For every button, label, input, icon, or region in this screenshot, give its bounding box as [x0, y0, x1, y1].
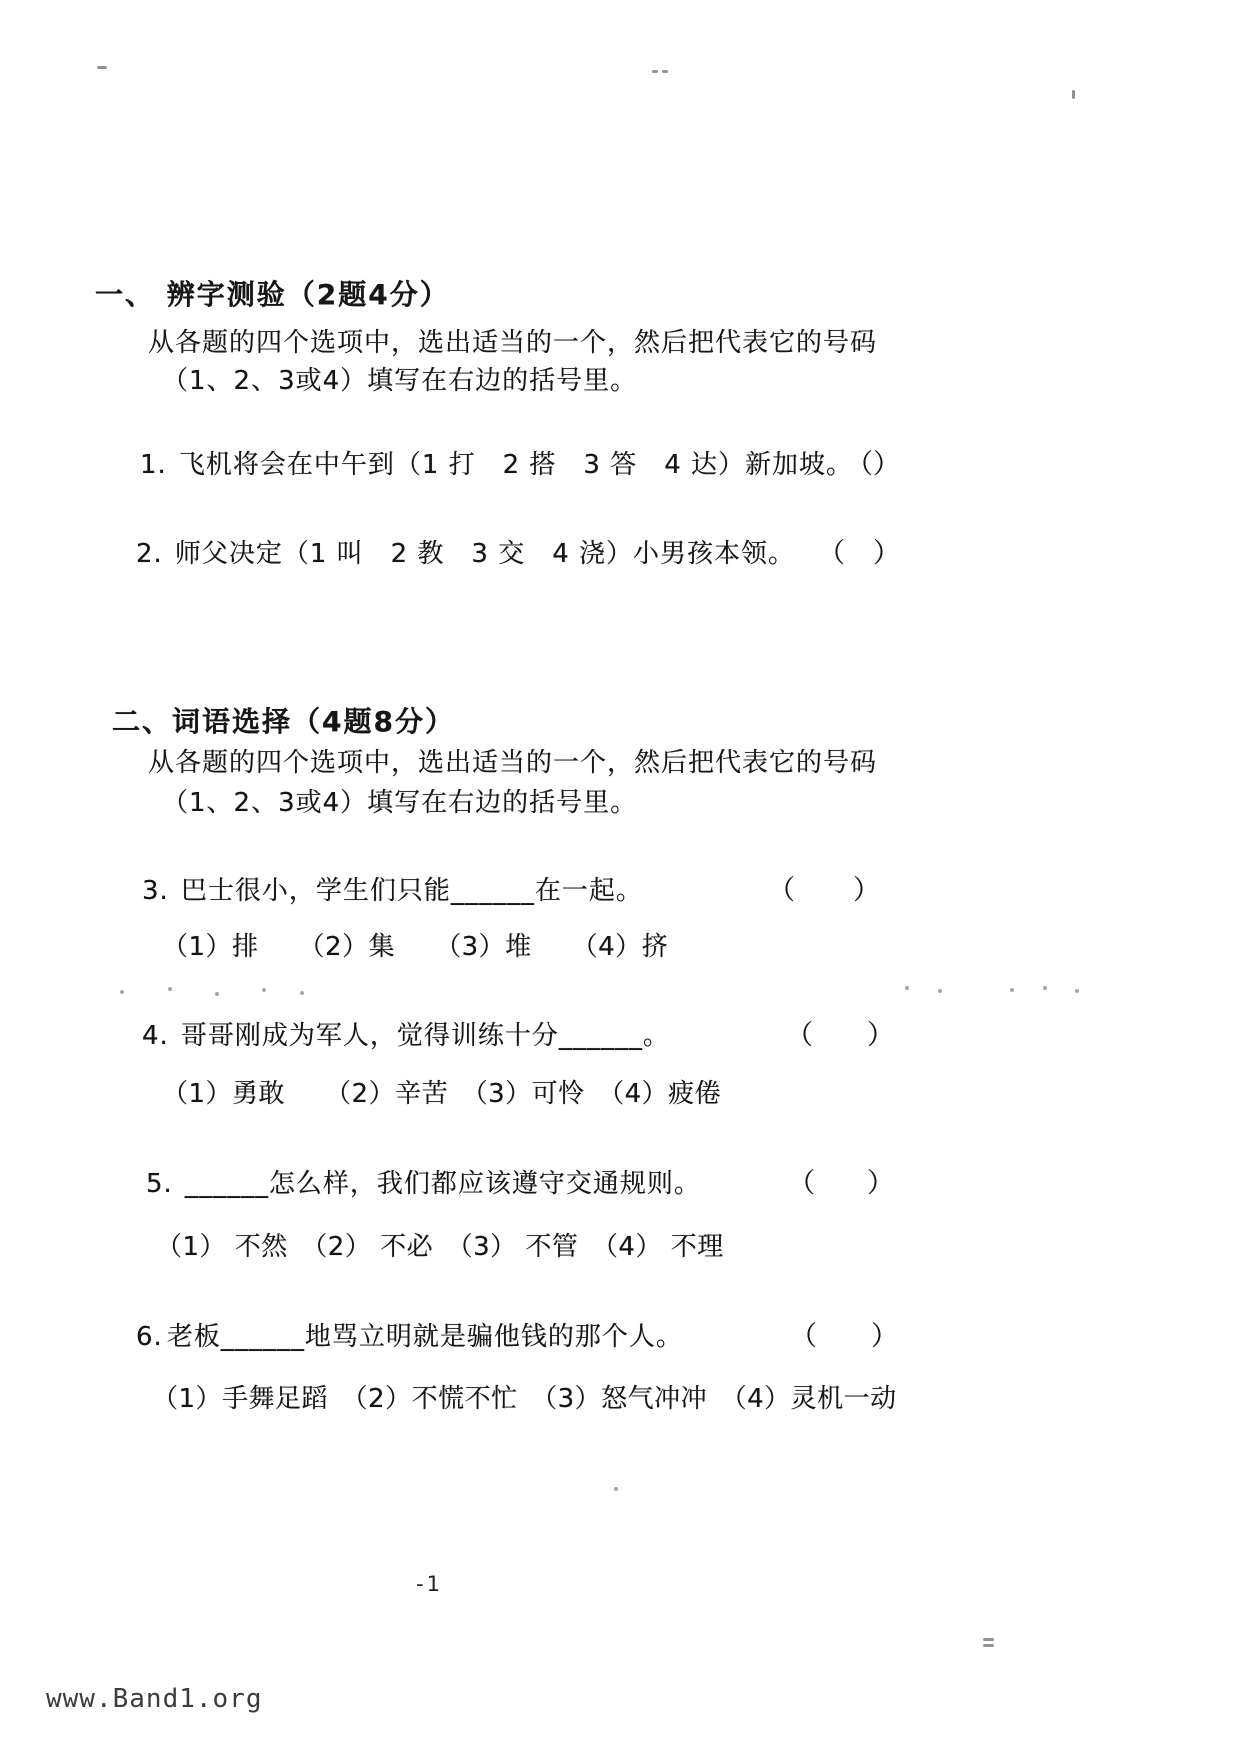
question-5-number: 5. — [146, 1169, 173, 1199]
scan-artifact — [614, 1487, 618, 1491]
open-paren: （ — [788, 1161, 815, 1200]
close-paren: ） — [871, 1314, 898, 1353]
scan-artifact — [983, 1644, 994, 1647]
answer-bracket-q1: （） — [846, 442, 900, 481]
question-2: 2.师父决定（1 叫 2 教 3 交 4 浇）小男孩本领。 — [136, 533, 795, 570]
question-3-options: （1）排 （2）集 （3）堆 （4）挤 — [162, 926, 668, 963]
scan-artifact — [1075, 989, 1079, 993]
question-1: 1.飞机将会在中午到（1 打 2 搭 3 答 4 达）新加坡。 — [140, 444, 853, 481]
question-4-options: （1）勇敢 （2）辛苦 （3）可怜 （4）疲倦 — [162, 1073, 721, 1110]
question-1-number: 1. — [140, 450, 167, 480]
section-1-title: 一、 辨字测验（2题4分） — [95, 273, 450, 313]
open-paren: （ — [768, 868, 795, 907]
question-6-number: 6. — [136, 1322, 163, 1352]
scan-artifact — [300, 991, 304, 995]
section-2-instruction-1: 从各题的四个选项中，选出适当的一个，然后把代表它的号码 — [148, 742, 877, 779]
scan-artifact — [1010, 988, 1014, 992]
question-5: 5.______怎么样，我们都应该遵守交通规则。 — [146, 1163, 701, 1200]
question-1-text: 飞机将会在中午到（1 打 2 搭 3 答 4 达）新加坡。 — [179, 450, 853, 480]
close-paren: ） — [867, 1013, 894, 1052]
close-paren: ） — [873, 531, 900, 570]
question-3-text: 巴士很小，学生们只能______在一起。 — [181, 876, 643, 906]
open-paren: （ — [790, 1314, 817, 1353]
question-6-options: （1）手舞足蹈 （2）不慌不忙 （3）怒气冲冲 （4）灵机一动 — [152, 1378, 897, 1415]
question-4-text: 哥哥刚成为军人，觉得训练十分______。 — [181, 1021, 670, 1051]
scan-artifact — [1072, 90, 1075, 99]
scan-artifact — [662, 70, 668, 73]
question-3: 3.巴士很小，学生们只能______在一起。 — [142, 870, 643, 907]
section-2-title: 二、词语选择（4题8分） — [112, 700, 455, 740]
scan-artifact — [652, 70, 658, 73]
scan-artifact — [1043, 986, 1047, 990]
close-paren: ） — [873, 442, 900, 481]
answer-bracket-q3: （） — [768, 868, 880, 907]
question-6: 6.老板______地骂立明就是骗他钱的那个人。 — [136, 1316, 683, 1353]
open-paren: （ — [818, 531, 845, 570]
scan-artifact — [938, 989, 942, 993]
section-1-instruction-2: （1、2、3或4）填写在右边的括号里。 — [162, 360, 637, 397]
answer-bracket-q5: （） — [788, 1161, 894, 1200]
question-5-text: ______怎么样，我们都应该遵守交通规则。 — [185, 1169, 701, 1199]
scan-artifact — [120, 990, 124, 994]
close-paren: ） — [867, 1161, 894, 1200]
question-3-number: 3. — [142, 876, 169, 906]
open-paren: （ — [846, 442, 873, 481]
scan-artifact — [97, 66, 107, 69]
question-6-text: 老板______地骂立明就是骗他钱的那个人。 — [167, 1322, 683, 1352]
footer-url: www.Band1.org — [46, 1684, 263, 1714]
question-2-number: 2. — [136, 539, 163, 569]
answer-bracket-q4: （） — [786, 1013, 894, 1052]
open-paren: （ — [786, 1013, 813, 1052]
question-2-text: 师父决定（1 叫 2 教 3 交 4 浇）小男孩本领。 — [175, 539, 795, 569]
question-4: 4.哥哥刚成为军人，觉得训练十分______。 — [142, 1015, 670, 1052]
section-1-instruction-1: 从各题的四个选项中，选出适当的一个，然后把代表它的号码 — [148, 322, 877, 359]
answer-bracket-q6: （） — [790, 1314, 898, 1353]
scan-artifact — [168, 987, 172, 991]
scan-artifact — [262, 988, 266, 992]
answer-bracket-q2: （） — [818, 531, 900, 570]
scanned-exam-page: 一、 辨字测验（2题4分） 从各题的四个选项中，选出适当的一个，然后把代表它的号… — [0, 0, 1239, 1754]
close-paren: ） — [853, 868, 880, 907]
scan-artifact — [905, 986, 909, 990]
question-5-options: （1） 不然 （2） 不必 （3） 不管 （4） 不理 — [156, 1226, 724, 1263]
scan-artifact — [215, 992, 219, 996]
question-4-number: 4. — [142, 1021, 169, 1051]
section-2-instruction-2: （1、2、3或4）填写在右边的括号里。 — [162, 782, 637, 819]
scan-artifact — [983, 1638, 994, 1641]
page-number: -1 — [416, 1572, 443, 1596]
